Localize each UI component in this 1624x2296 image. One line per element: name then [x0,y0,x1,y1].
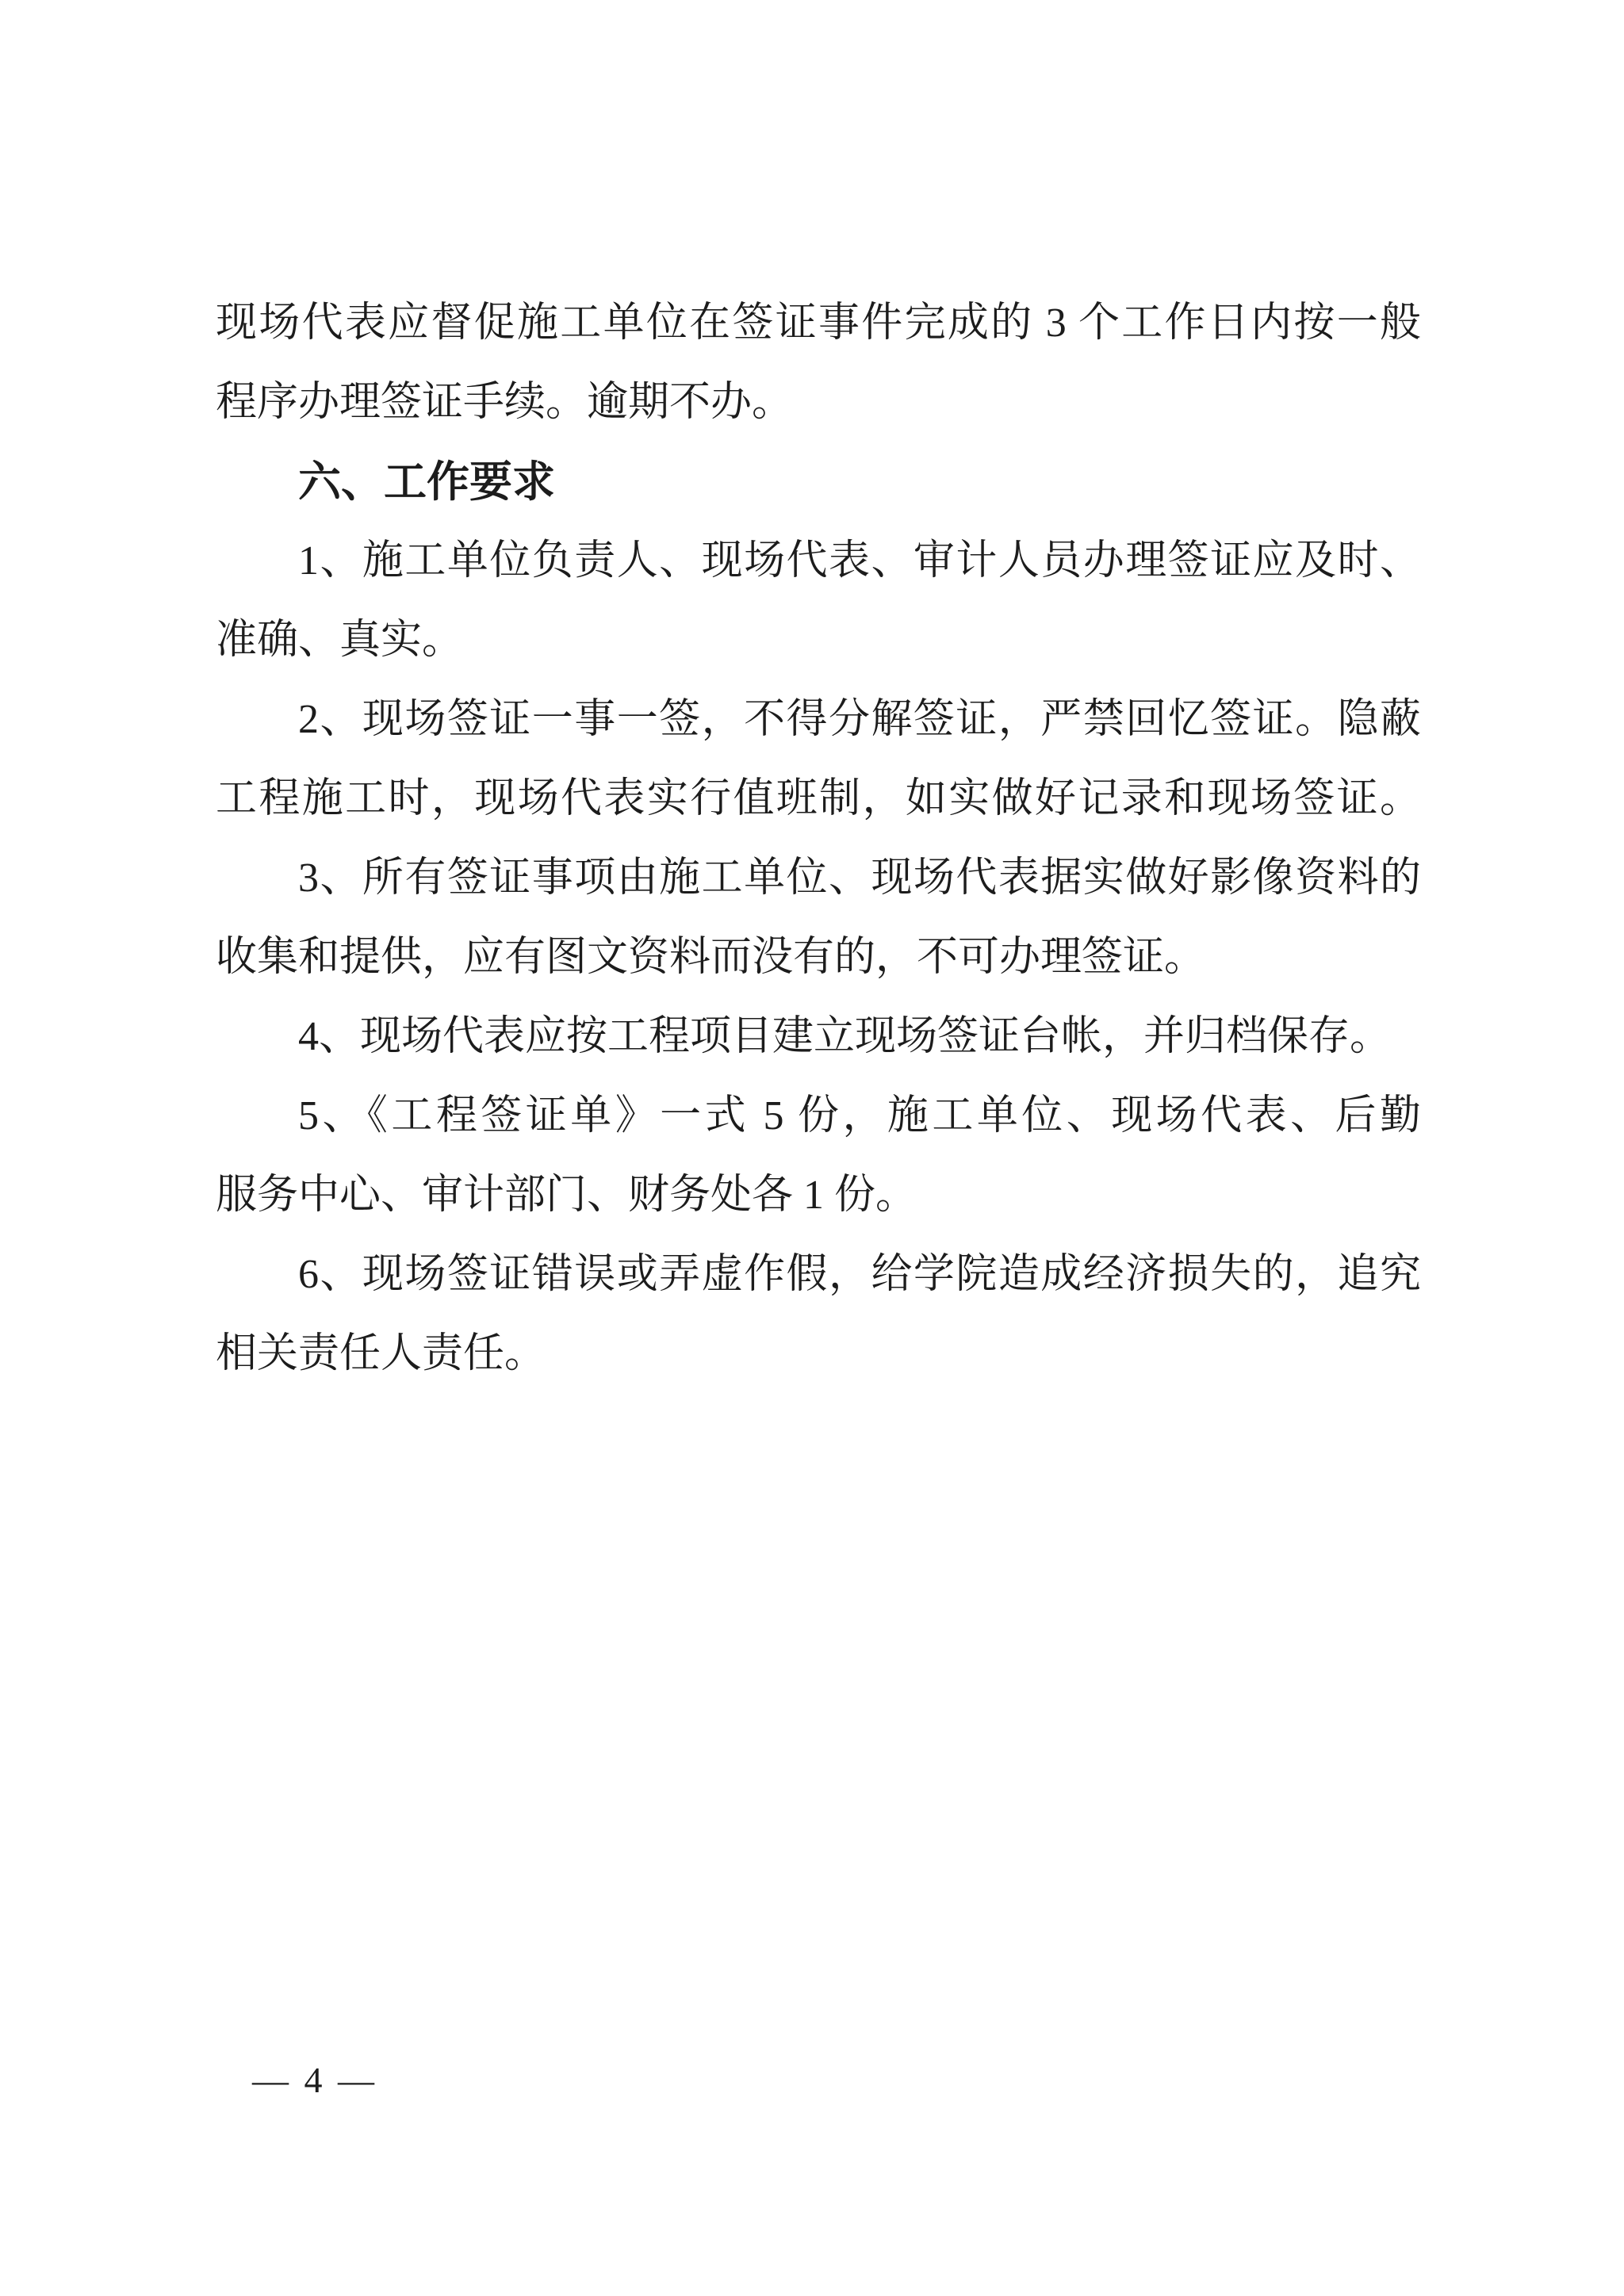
text-line: 5、《工程签证单》一式 5 份，施工单位、现场代表、后勤 [216,1077,1421,1156]
text-line: 服务中心、审计部门、财务处各 1 份。 [216,1156,1421,1235]
text-line: 4、现场代表应按工程项目建立现场签证台帐，并归档保存。 [216,997,1421,1077]
text-line: 6、现场签证错误或弄虚作假，给学院造成经济损失的，追究 [216,1235,1421,1314]
text-line: 3、所有签证事项由施工单位、现场代表据实做好影像资料的 [216,839,1421,918]
document-page: 现场代表应督促施工单位在签证事件完成的 3 个工作日内按一般程序办理签证手续。逾… [0,0,1624,2296]
text-line: 准确、真实。 [216,601,1421,680]
text-line: 工程施工时，现场代表实行值班制，如实做好记录和现场签证。 [216,760,1421,839]
text-line: 1、施工单位负责人、现场代表、审计人员办理签证应及时、 [216,522,1421,601]
text-line: 相关责任人责任。 [216,1314,1421,1394]
text-line: 收集和提供，应有图文资料而没有的，不可办理签证。 [216,918,1421,997]
section-heading: 六、工作要求 [216,442,1421,522]
page-number: — 4 — [252,2057,377,2104]
text-line: 程序办理签证手续。逾期不办。 [216,363,1421,442]
document-body: 现场代表应督促施工单位在签证事件完成的 3 个工作日内按一般程序办理签证手续。逾… [216,284,1421,1394]
text-line: 现场代表应督促施工单位在签证事件完成的 3 个工作日内按一般 [216,284,1421,363]
text-line: 2、现场签证一事一签，不得分解签证，严禁回忆签证。隐蔽 [216,680,1421,760]
